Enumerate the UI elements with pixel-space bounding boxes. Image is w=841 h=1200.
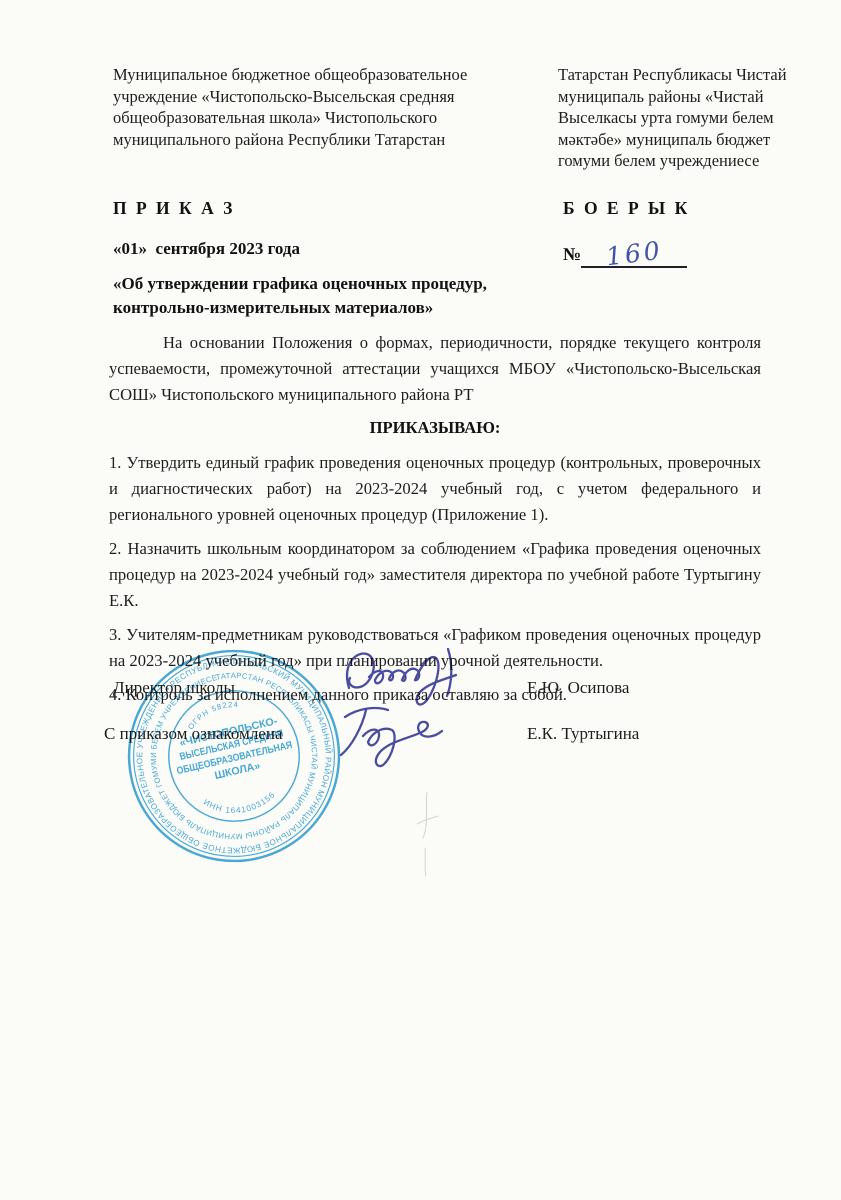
order-number-line: 160 xyxy=(581,237,687,268)
signatory-name-acquainted: Е.К. Туртыгина xyxy=(527,724,639,744)
acquainted-signature-autograph xyxy=(330,694,476,772)
order-item-1: 1. Утвердить единый график проведения оц… xyxy=(109,450,761,528)
scan-smudge xyxy=(405,786,449,882)
resolution-heading: ПРИКАЗЫВАЮ: xyxy=(109,415,761,441)
org-name-tatar: Татарстан Республикасы Чистай муниципаль… xyxy=(558,64,810,172)
order-subject: «Об утверждении графика оценочных процед… xyxy=(113,272,583,320)
order-title-russian: П Р И К А З xyxy=(113,198,235,219)
order-number-value-handwritten: 160 xyxy=(604,236,664,272)
order-title-tatar: Б О Е Р Ы К xyxy=(563,198,690,219)
signatory-name-director: Е.Ю. Осипова xyxy=(527,678,629,698)
preamble-paragraph: На основании Положения о формах, периоди… xyxy=(109,330,761,408)
order-number-label: № xyxy=(563,244,581,264)
document-page: Муниципальное бюджетное общеобразователь… xyxy=(0,0,841,1200)
org-name-russian: Муниципальное бюджетное общеобразователь… xyxy=(113,64,551,150)
order-item-2: 2. Назначить школьным координатором за с… xyxy=(109,536,761,614)
order-number: №160 xyxy=(563,237,687,268)
order-date: «01» сентября 2023 года xyxy=(113,239,300,259)
